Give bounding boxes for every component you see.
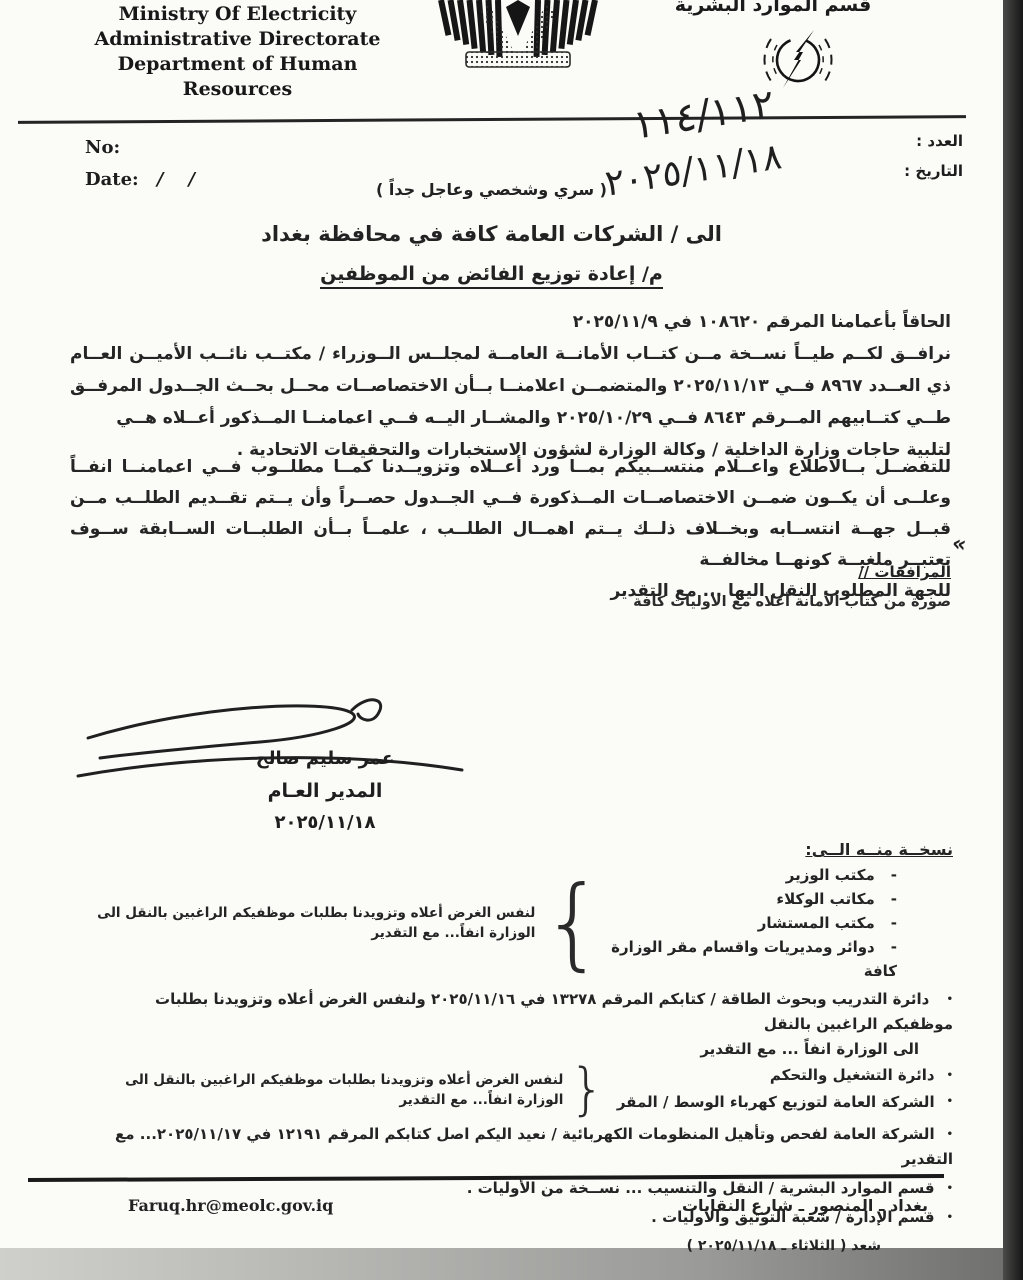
addressee-line: الى / الشركات العامة كافة في محافظة بغدا… (0, 222, 983, 246)
scanned-letter-page: Ministry Of Electricity Administrative D… (0, 0, 1023, 1280)
directorate-title: Administrative Directorate (70, 27, 405, 52)
ministry-title: Ministry Of Electricity (70, 2, 405, 27)
para1-opening: الحاقاً بأعمامنا المرقم ١٠٨٦٢٠ في ٢٠٢٥/١… (70, 306, 951, 338)
body-paragraph-2: للتفضــل بــالاطلاع واعــلام منتســبيكم … (70, 452, 951, 607)
department-title-line1: Department of Human (70, 52, 405, 77)
signature-date: ٢٠٢٥/١١/١٨ (225, 812, 425, 833)
group2-items: دائرة التشغيل والتحكم الشركة العامة لتوز… (605, 1062, 953, 1118)
training-line2: الى الوزارة انفاً ... مع التقدير (85, 1037, 953, 1062)
no-label: No: (85, 132, 195, 164)
signatory-title: المدير العـام (225, 780, 425, 802)
group1-items: مكتب الوزير مكاتب الوكلاء مكتب المستشار … (605, 863, 953, 983)
handwritten-margin-mark: « (950, 531, 968, 558)
footer-address: بغداد ـ المنصور ـ شارع النقابات (682, 1196, 928, 1215)
cc-item-training-energy: دائرة التدريب وبحوث الطاقة / كتابكم المر… (85, 987, 953, 1062)
header-divider (18, 115, 966, 124)
handwritten-reference-number: ١١٤/١١٢ (631, 81, 776, 149)
group1-brace: } (541, 874, 605, 972)
para1-text: نرافــق لكــم طيــاً نســخة مــن كتــاب … (70, 338, 951, 434)
classification-line: ( سري وشخصي وعاجل جداً ) (0, 180, 983, 199)
english-letterhead: Ministry Of Electricity Administrative D… (70, 2, 405, 102)
group2-brace: { (569, 1062, 605, 1118)
cc-item-inspection-company: الشركة العامة لفحص وتأهيل المنظومات الكه… (85, 1122, 953, 1172)
subject-line: م/ إعادة توزيع الفائض من الموظفين (320, 263, 663, 289)
para2-text: للتفضــل بــالاطلاع واعــلام منتســبيكم … (70, 452, 951, 576)
footer-email: Faruq.hr@meolc.gov.iq (128, 1196, 333, 1215)
attachments-item: صورة من كتاب الأمانة أعلاه مع الأوليات ك… (633, 594, 951, 610)
signature-scribble (70, 690, 470, 790)
body-paragraph-1: الحاقاً بأعمامنا المرقم ١٠٨٦٢٠ في ٢٠٢٥/١… (70, 306, 951, 466)
distribution-list: نسخــة منــه الــى: مكتب الوزير مكاتب ال… (85, 840, 953, 1254)
attachments-label: المرافقات // (858, 563, 951, 581)
cc-item-hq-departments: دوائر ومديريات واقسام مقر الوزارة كافة (605, 935, 897, 983)
group2-note: لنفس الغرض أعلاه وتزويدنا بطلبات موظفيكم… (85, 1070, 569, 1110)
distribution-group-2: دائرة التشغيل والتحكم الشركة العامة لتوز… (85, 1062, 953, 1118)
training-line1: دائرة التدريب وبحوث الطاقة / كتابكم المر… (155, 990, 953, 1033)
iraq-state-emblem-icon (430, 0, 606, 76)
distribution-group-1: مكتب الوزير مكاتب الوكلاء مكتب المستشار … (85, 863, 953, 983)
cc-item-deputies-offices: مكاتب الوكلاء (605, 887, 897, 911)
distribution-heading: نسخــة منــه الــى: (805, 840, 953, 859)
cc-item-distribution-company: الشركة العامة لتوزيع كهرباء الوسط / المق… (605, 1089, 953, 1116)
department-title-line2: Resources (70, 77, 405, 102)
cc-item-minister-office: مكتب الوزير (605, 863, 897, 887)
signatory-name: عمر سليم صالح (225, 748, 425, 769)
cc-item-operation-control: دائرة التشغيل والتحكم (605, 1062, 953, 1089)
reference-block-ar: العدد : التاريخ : (904, 126, 963, 186)
cc-item-advisor-office: مكتب المستشار (605, 911, 897, 935)
arabic-department-name: قسم الموارد البشرية (623, 0, 923, 16)
group1-note: لنفس الغرض أعلاه وتزويدنا بطلبات موظفيكم… (85, 903, 541, 943)
scan-edge-bar (1003, 0, 1023, 1280)
clerk-stamp-line: شعد ( الثلاثاء ـ ٢٠٢٥/١١/١٨ ) (85, 1238, 881, 1254)
subject-line-wrap: م/ إعادة توزيع الفائض من الموظفين (0, 263, 983, 285)
number-label-ar: العدد : (904, 126, 963, 156)
